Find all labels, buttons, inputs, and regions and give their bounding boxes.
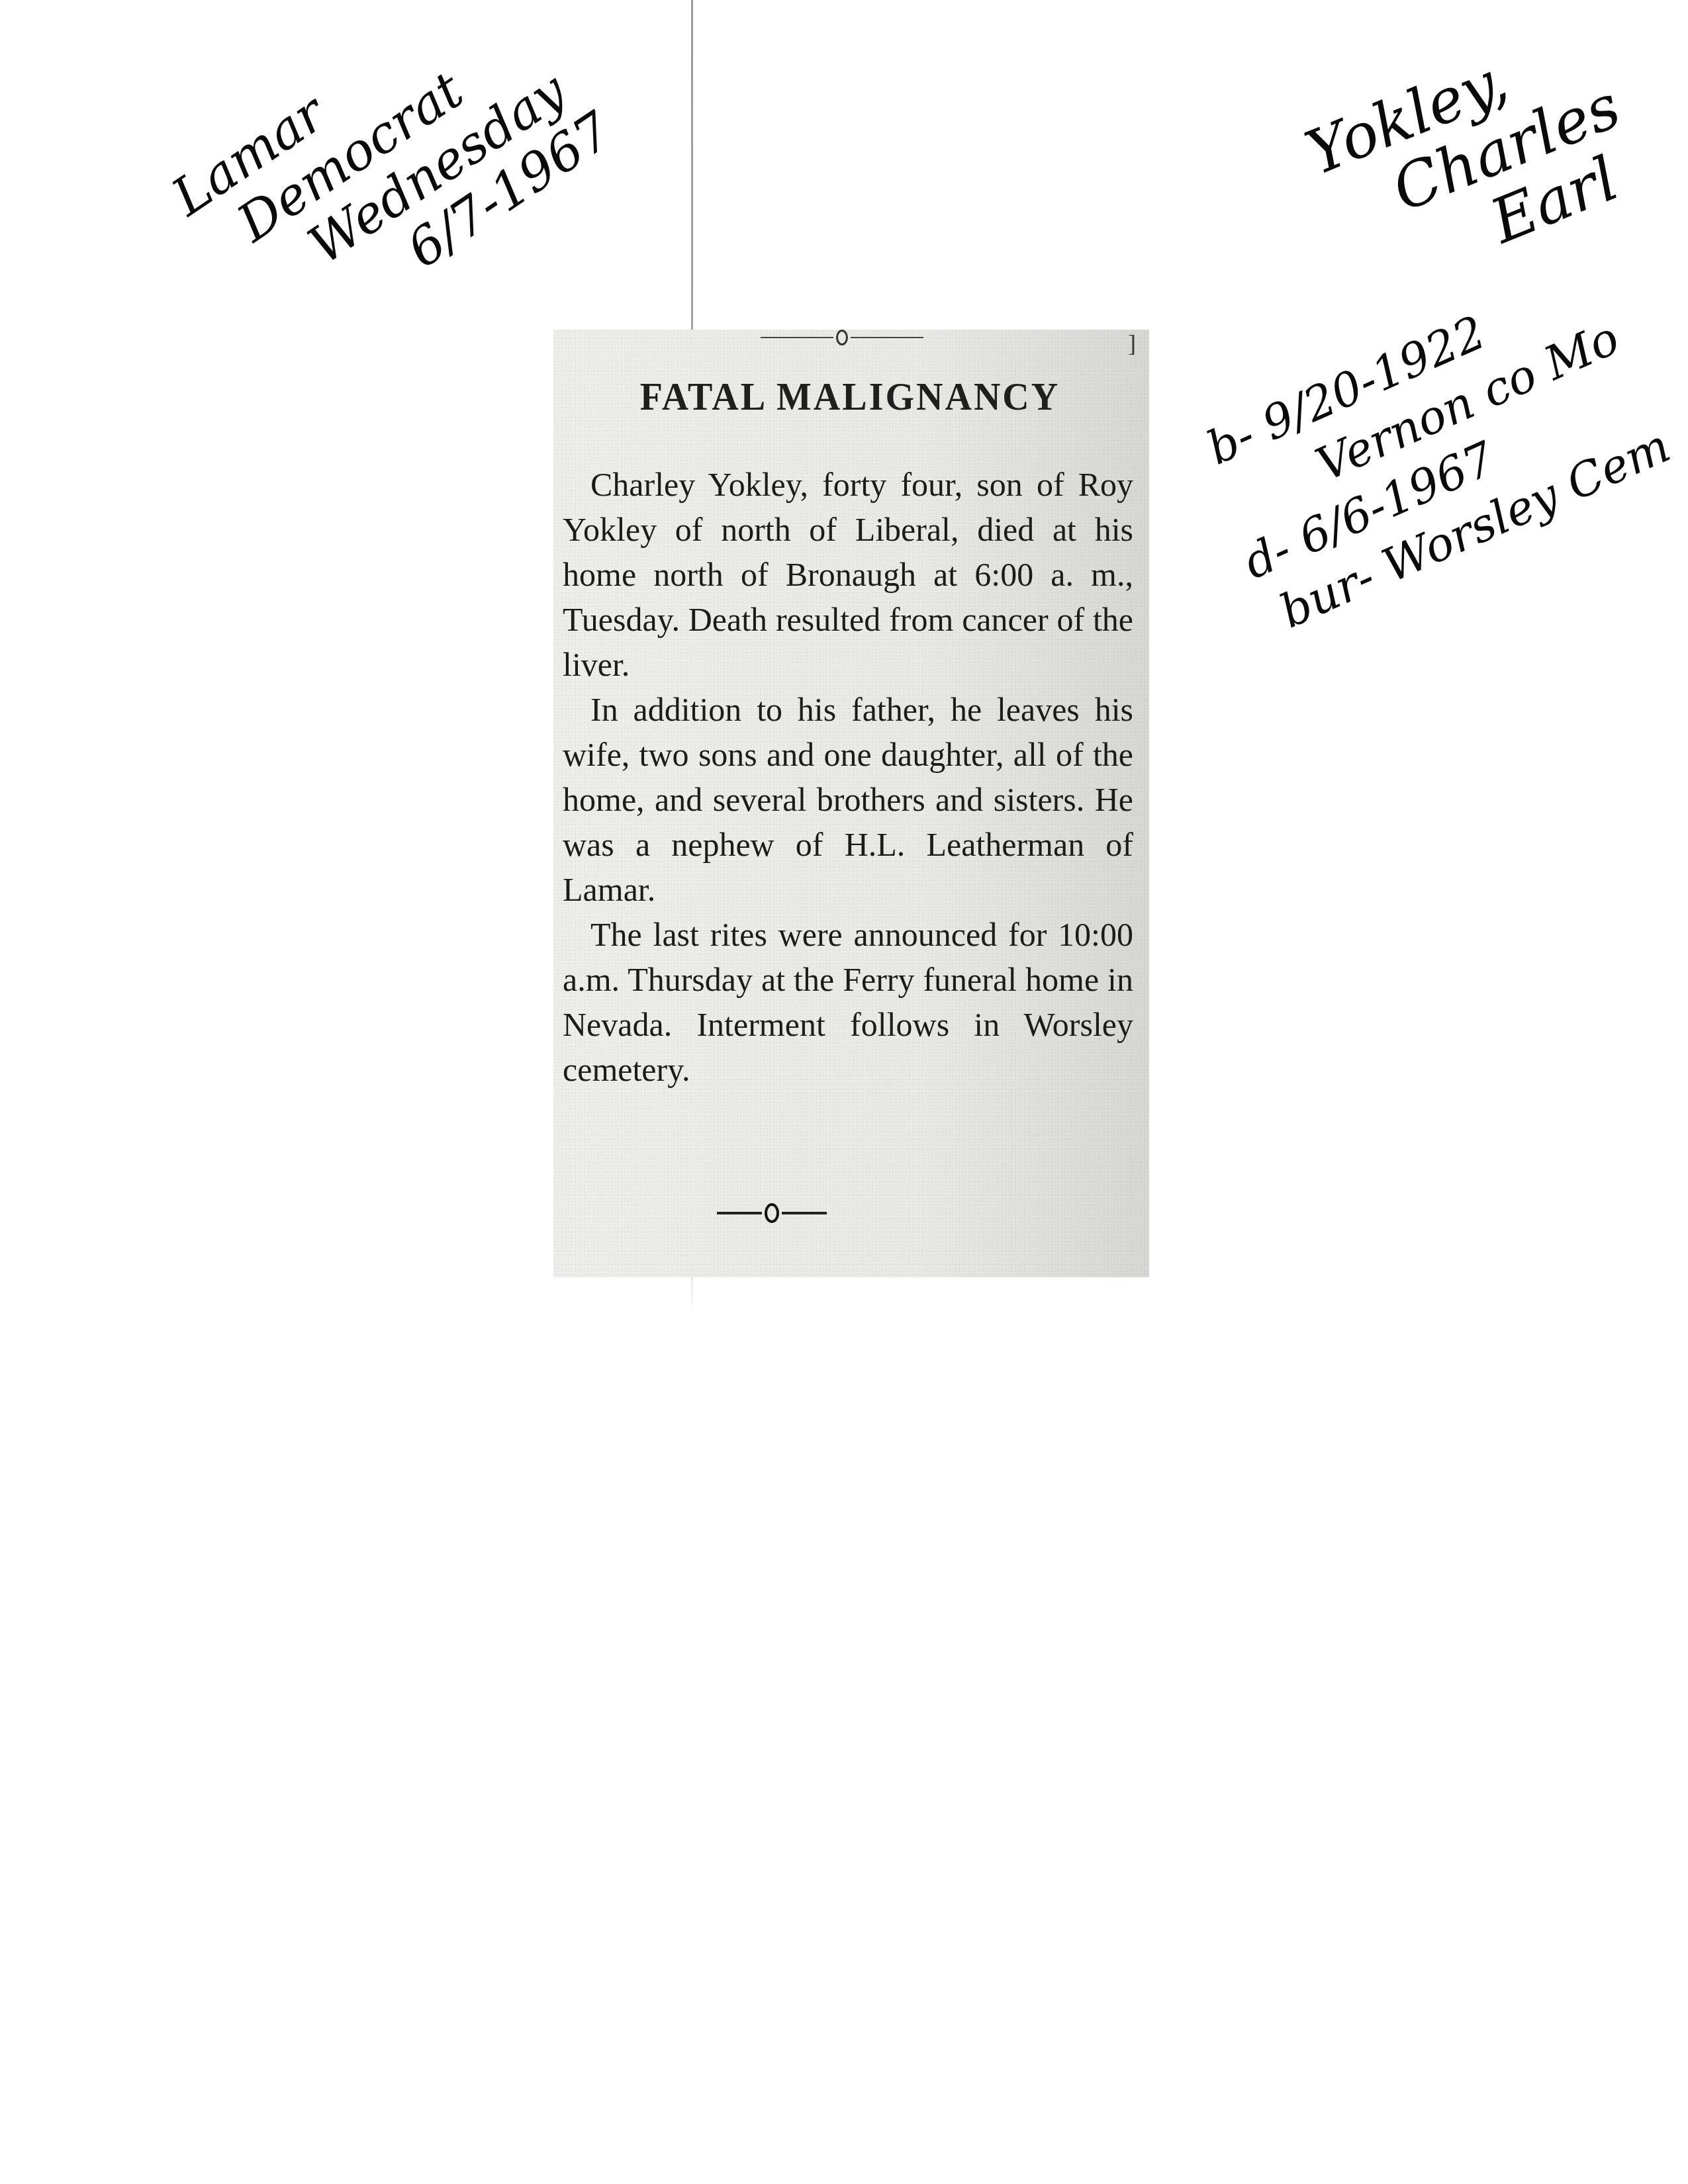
headline: FATAL MALIGNANCY [598,375,1102,419]
divider-circle-icon [765,1203,779,1223]
paragraph-death-notice: Charley Yokley, forty four, son of Roy Y… [563,462,1133,687]
bottom-ornament-divider [673,1203,871,1223]
divider-line [761,337,833,338]
handwritten-source-note: Lamar Democrat Wednesday 6/7-1967 [162,0,622,372]
divider-line [851,337,923,338]
divider-circle-icon [836,330,848,345]
divider-line [782,1212,827,1214]
divider-line [717,1212,762,1214]
top-ornament-divider [743,330,941,345]
paragraph-survivors: In addition to his father, he leaves his… [563,687,1133,912]
handwritten-name-note: Yokley, Charles Earl [1297,12,1654,310]
paragraph-services: The last rites were announced for 10:00 … [563,912,1133,1092]
article-body: Charley Yokley, forty four, son of Roy Y… [563,462,1133,1092]
handwritten-vital-facts: b- 9/20-1922 Vernon co Mo d- 6/6-1967 bu… [1198,253,1679,641]
bracket-mark: ] [1128,330,1136,357]
newspaper-clipping: ] FATAL MALIGNANCY Charley Yokley, forty… [553,330,1149,1277]
